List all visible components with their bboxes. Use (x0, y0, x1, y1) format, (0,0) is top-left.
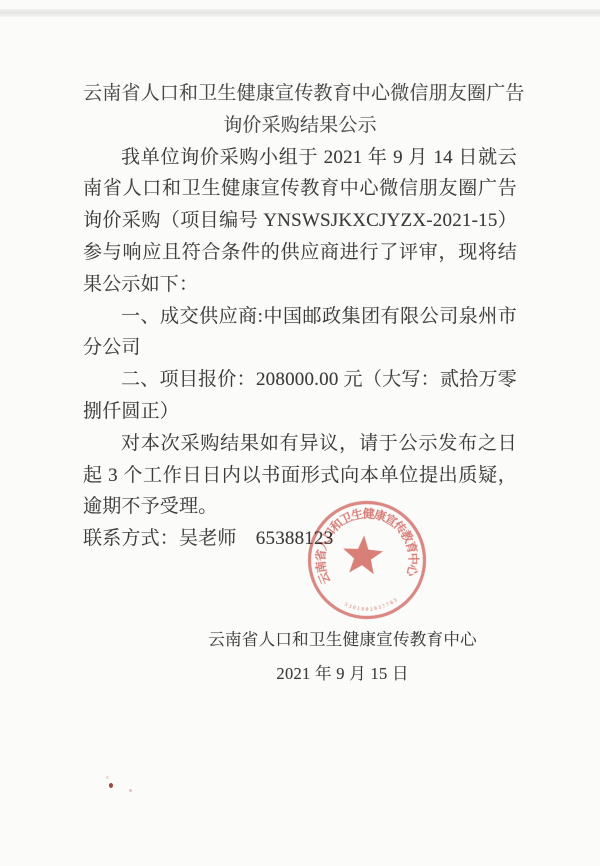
seal-star-icon (342, 534, 385, 575)
paragraph-project-price: 二、项目报价：208000.00 元（大写：贰拾万零捌仟圆正） (83, 364, 517, 428)
signature-date: 2021 年 9 月 15 日 (208, 657, 477, 691)
svg-text:3: 3 (393, 597, 399, 604)
ink-speck (129, 789, 132, 792)
signature-block: 云南省人口和卫生健康宣传教育中心 2021 年 9 月 15 日 (83, 623, 517, 691)
scanned-document-page: 云南省人口和卫生健康宣传教育中心微信朋友圈广告 询价采购结果公示 我单位询价采购… (0, 0, 600, 866)
ink-speck (106, 776, 109, 779)
svg-text:1: 1 (356, 606, 360, 612)
document-title-line1: 云南省人口和卫生健康宣传教育中心微信朋友圈广告 (83, 78, 517, 110)
paragraph-winning-supplier: 一、成交供应商:中国邮政集团有限公司泉州市分公司 (83, 301, 517, 365)
official-seal-stamp: 云南省人口和卫生健康宣传教育中心5301002037703 (291, 484, 443, 636)
paragraph-intro: 我单位询价采购小组于 2021 年 9 月 14 日就云南省人口和卫生健康宣传教… (83, 142, 517, 301)
document-title-line2: 询价采购结果公示 (83, 110, 517, 142)
svg-text:2: 2 (370, 606, 374, 612)
svg-text:0: 0 (366, 607, 369, 613)
svg-text:0: 0 (361, 606, 365, 612)
document-title: 云南省人口和卫生健康宣传教育中心微信朋友圈广告 询价采购结果公示 (83, 78, 517, 142)
ink-speck (109, 783, 113, 788)
